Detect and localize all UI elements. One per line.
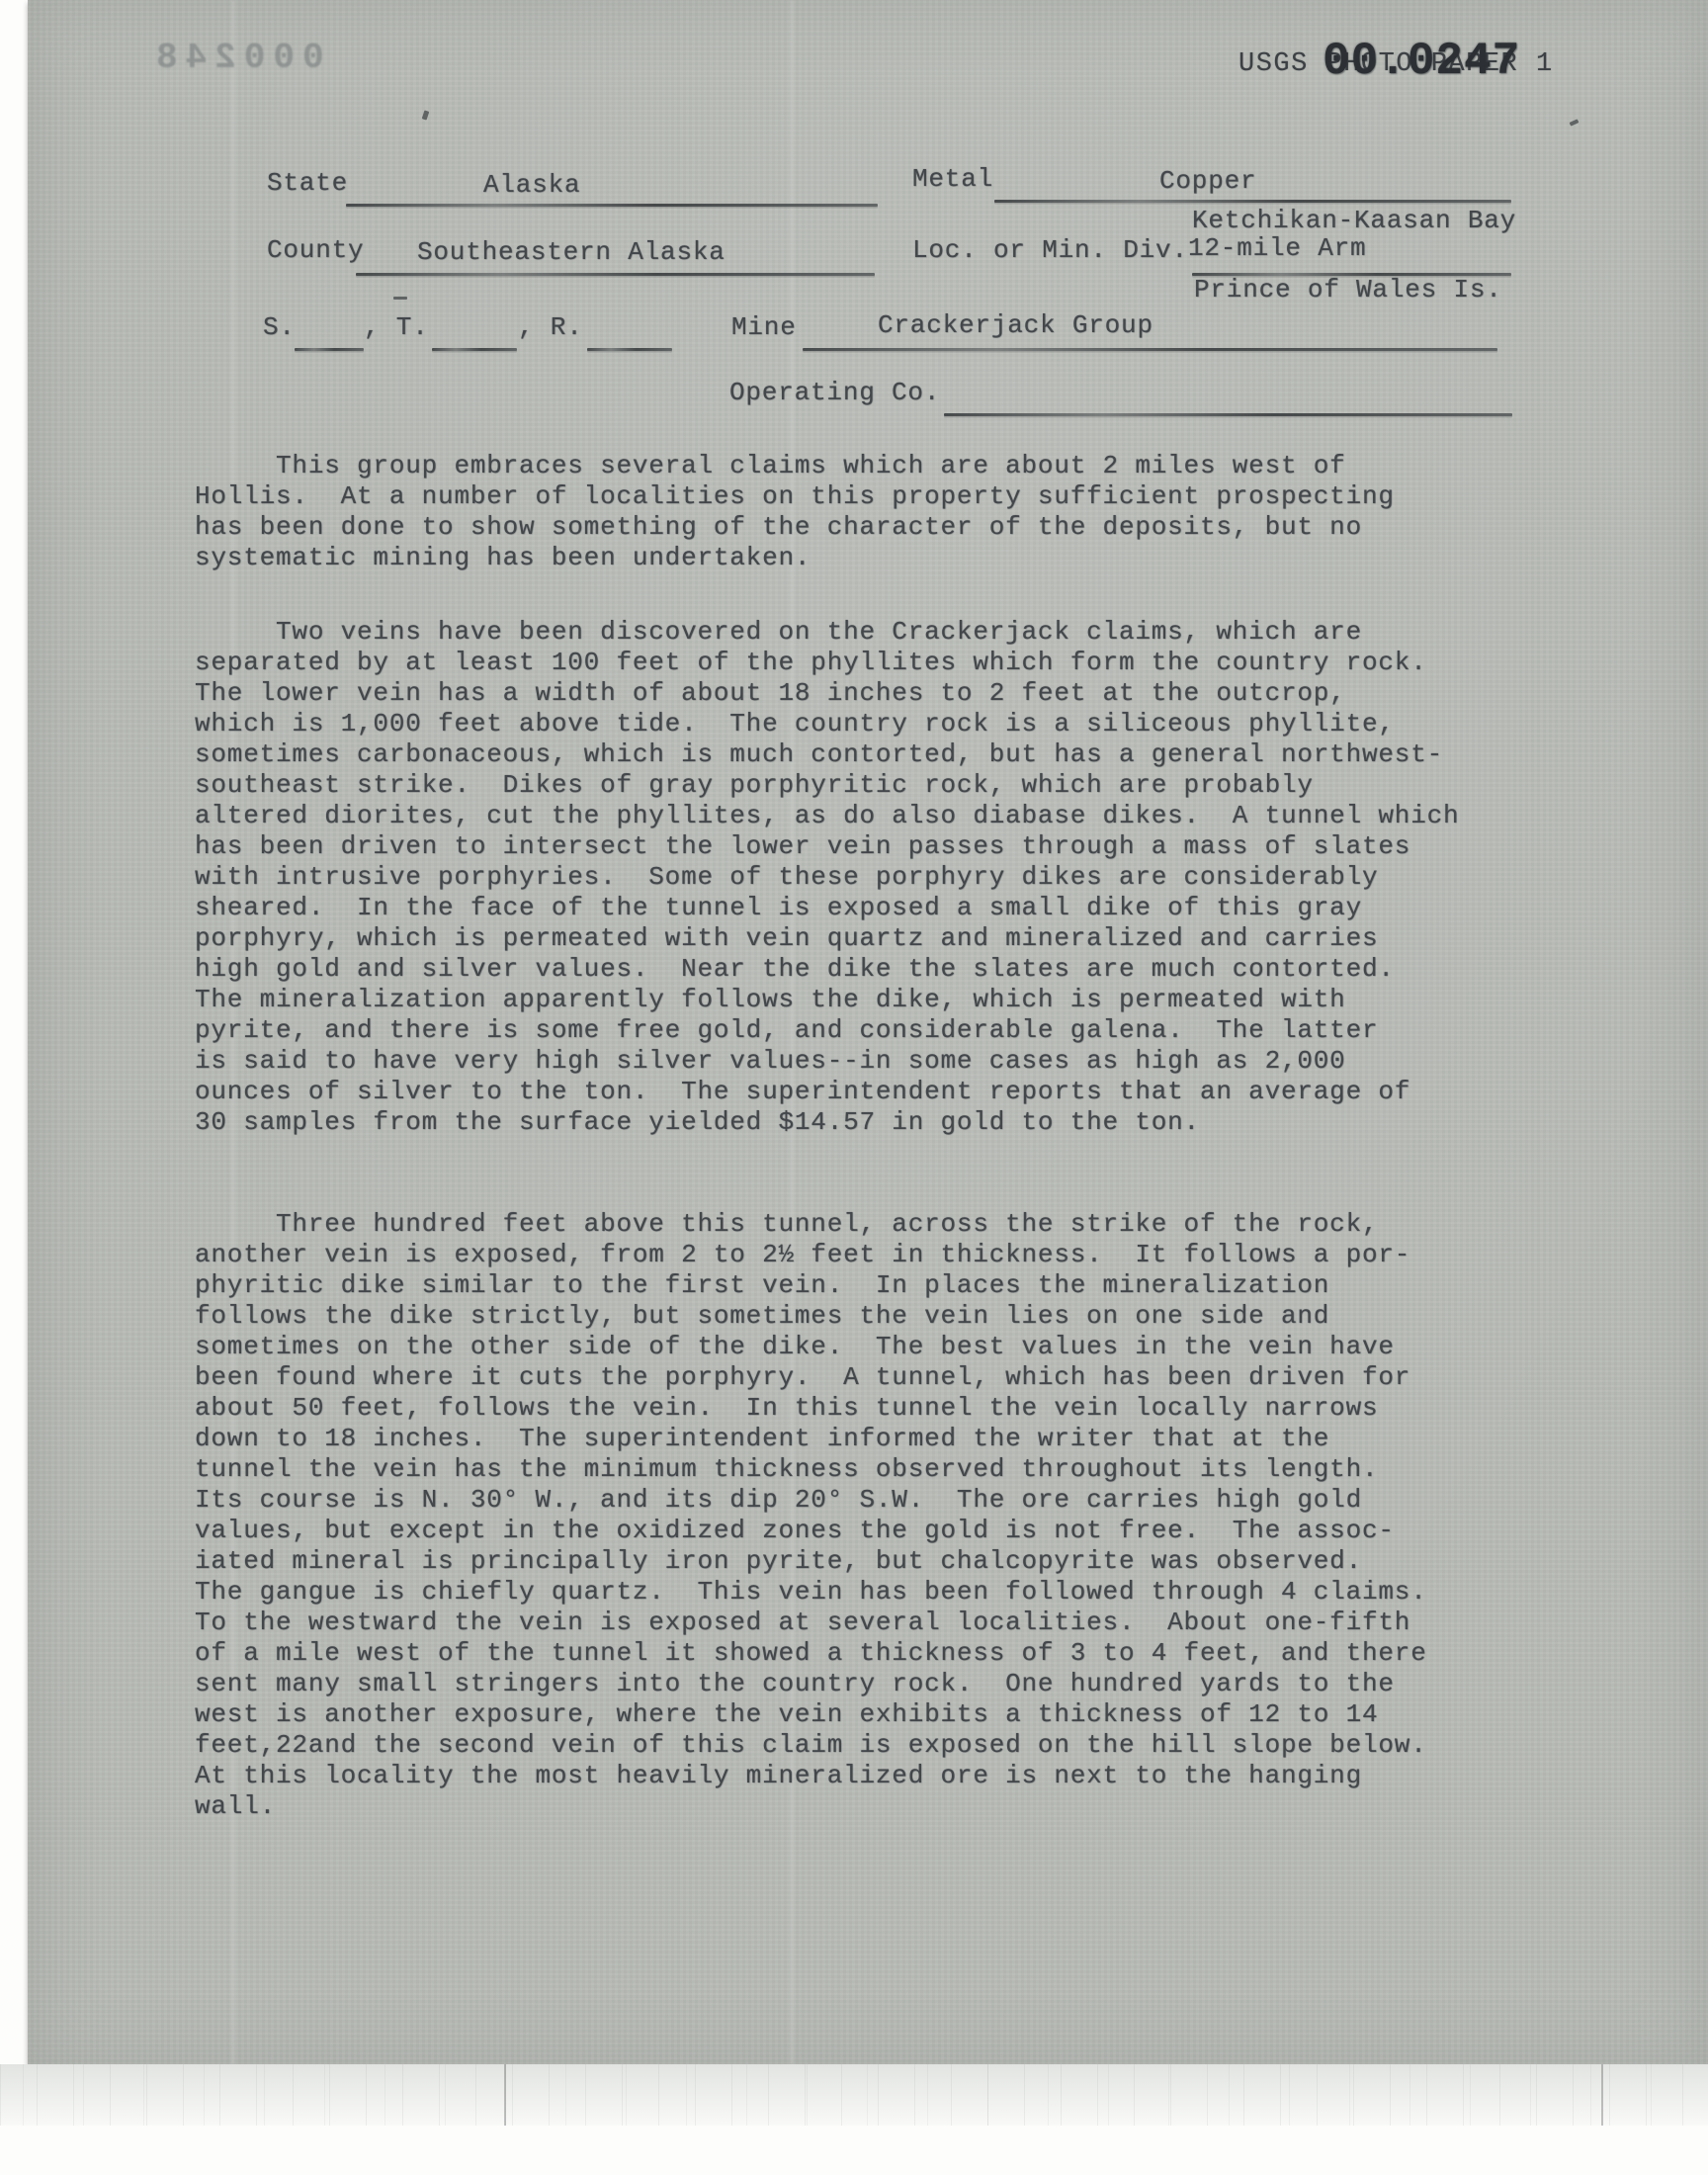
text-line: phyritic dike similar to the first vein.… <box>195 1270 1494 1301</box>
location-note-island: Prince of Wales Is. <box>1194 275 1502 304</box>
text-line: pyrite, and there is some free gold, and… <box>195 1015 1494 1046</box>
text-line: is said to have very high silver values-… <box>195 1046 1494 1077</box>
township-field-underline <box>432 348 517 351</box>
text-line: southeast strike. Dikes of gray porphyri… <box>195 770 1494 801</box>
range-field-underline <box>587 348 672 351</box>
text-line: tunnel the vein has the minimum thicknes… <box>195 1454 1494 1485</box>
text-line: has been driven to intersect the lower v… <box>195 831 1494 862</box>
text-line: 30 samples from the surface yielded $14.… <box>195 1107 1494 1138</box>
paragraph-upper-vein: Three hundred feet above this tunnel, ac… <box>195 1209 1494 1822</box>
mine-field-value: Crackerjack Group <box>878 310 1153 340</box>
text-line: about 50 feet, follows the vein. In this… <box>195 1393 1494 1424</box>
range-field-label: , R. <box>518 312 583 342</box>
county-field-underline <box>356 273 875 276</box>
text-line: been found where it cuts the porphyry. A… <box>195 1362 1494 1393</box>
scanned-document-page: 000248 USGS PHOTO PAPER 1 00.0247 State … <box>0 0 1708 2175</box>
text-line: feet,22and the second vein of this claim… <box>195 1730 1494 1761</box>
mine-field-underline <box>803 348 1497 351</box>
state-field-underline <box>346 204 878 207</box>
text-line: ounces of silver to the ton. The superin… <box>195 1077 1494 1107</box>
text-line: another vein is exposed, from 2 to 2½ fe… <box>195 1240 1494 1270</box>
text-line: sometimes carbonaceous, which is much co… <box>195 739 1494 770</box>
text-line: This group embraces several claims which… <box>195 451 1494 481</box>
text-line: The mineralization apparently follows th… <box>195 985 1494 1015</box>
text-line: iated mineral is principally iron pyrite… <box>195 1546 1494 1577</box>
section-field-underline <box>295 348 364 351</box>
scan-streak <box>504 2064 506 2126</box>
text-line: values, but except in the oxidized zones… <box>195 1516 1494 1546</box>
text-line: follows the dike strictly, but sometimes… <box>195 1301 1494 1332</box>
text-line: Three hundred feet above this tunnel, ac… <box>195 1209 1494 1240</box>
text-line: high gold and silver values. Near the di… <box>195 954 1494 985</box>
location-field-label: Loc. or Min. Div. <box>912 235 1188 265</box>
text-line: systematic mining has been undertaken. <box>195 543 1494 573</box>
text-line: west is another exposure, where the vein… <box>195 1699 1494 1730</box>
text-line: The lower vein has a width of about 18 i… <box>195 678 1494 709</box>
text-line: sometimes on the other side of the dike.… <box>195 1332 1494 1362</box>
location-field-value: 12-mile Arm <box>1188 233 1366 263</box>
text-line: separated by at least 100 feet of the ph… <box>195 648 1494 678</box>
paragraph-lower-vein: Two veins have been discovered on the Cr… <box>195 617 1494 1138</box>
scan-speck <box>393 297 407 300</box>
text-line: At this locality the most heavily minera… <box>195 1761 1494 1791</box>
text-line: which is 1,000 feet above tide. The coun… <box>195 709 1494 739</box>
county-field-value: Southeastern Alaska <box>417 237 726 267</box>
text-line: sheared. In the face of the tunnel is ex… <box>195 893 1494 923</box>
text-line: To the westward the vein is exposed at s… <box>195 1608 1494 1638</box>
text-line: down to 18 inches. The superintendent in… <box>195 1424 1494 1454</box>
metal-field-value: Copper <box>1159 166 1256 196</box>
text-line: Its course is N. 30° W., and its dip 20°… <box>195 1485 1494 1516</box>
paragraph-overview: This group embraces several claims which… <box>195 451 1494 573</box>
text-line: has been done to show something of the c… <box>195 512 1494 543</box>
text-line: wall. <box>195 1791 1494 1822</box>
state-field-value: Alaska <box>483 170 580 200</box>
township-field-label: , T. <box>364 312 429 342</box>
county-field-label: County <box>267 235 364 265</box>
text-line: with intrusive porphyries. Some of these… <box>195 862 1494 893</box>
location-note-bay: Ketchikan-Kaasan Bay <box>1192 206 1516 235</box>
scan-streak <box>1601 2064 1603 2126</box>
text-line: of a mile west of the tunnel it showed a… <box>195 1638 1494 1669</box>
section-field-label: S. <box>263 312 296 342</box>
document-body: This group embraces several claims which… <box>195 451 1494 1866</box>
text-line: Two veins have been discovered on the Cr… <box>195 617 1494 648</box>
text-line: sent many small stringers into the count… <box>195 1669 1494 1699</box>
mine-field-label: Mine <box>731 312 797 342</box>
text-line: porphyry, which is permeated with vein q… <box>195 923 1494 954</box>
scan-streak-band <box>0 2064 1708 2126</box>
bleedthrough-number-stamp: 000248 <box>148 38 324 78</box>
text-line: Hollis. At a number of localities on thi… <box>195 481 1494 512</box>
text-line: The gangue is chiefly quartz. This vein … <box>195 1577 1494 1608</box>
metal-field-underline <box>994 200 1511 203</box>
document-number-stamp: 00.0247 <box>1323 36 1520 87</box>
text-line: altered diorites, cut the phyllites, as … <box>195 801 1494 831</box>
operating-co-field-underline <box>944 413 1512 416</box>
operating-co-field-label: Operating Co. <box>729 378 940 407</box>
metal-field-label: Metal <box>912 164 993 194</box>
state-field-label: State <box>267 168 348 198</box>
